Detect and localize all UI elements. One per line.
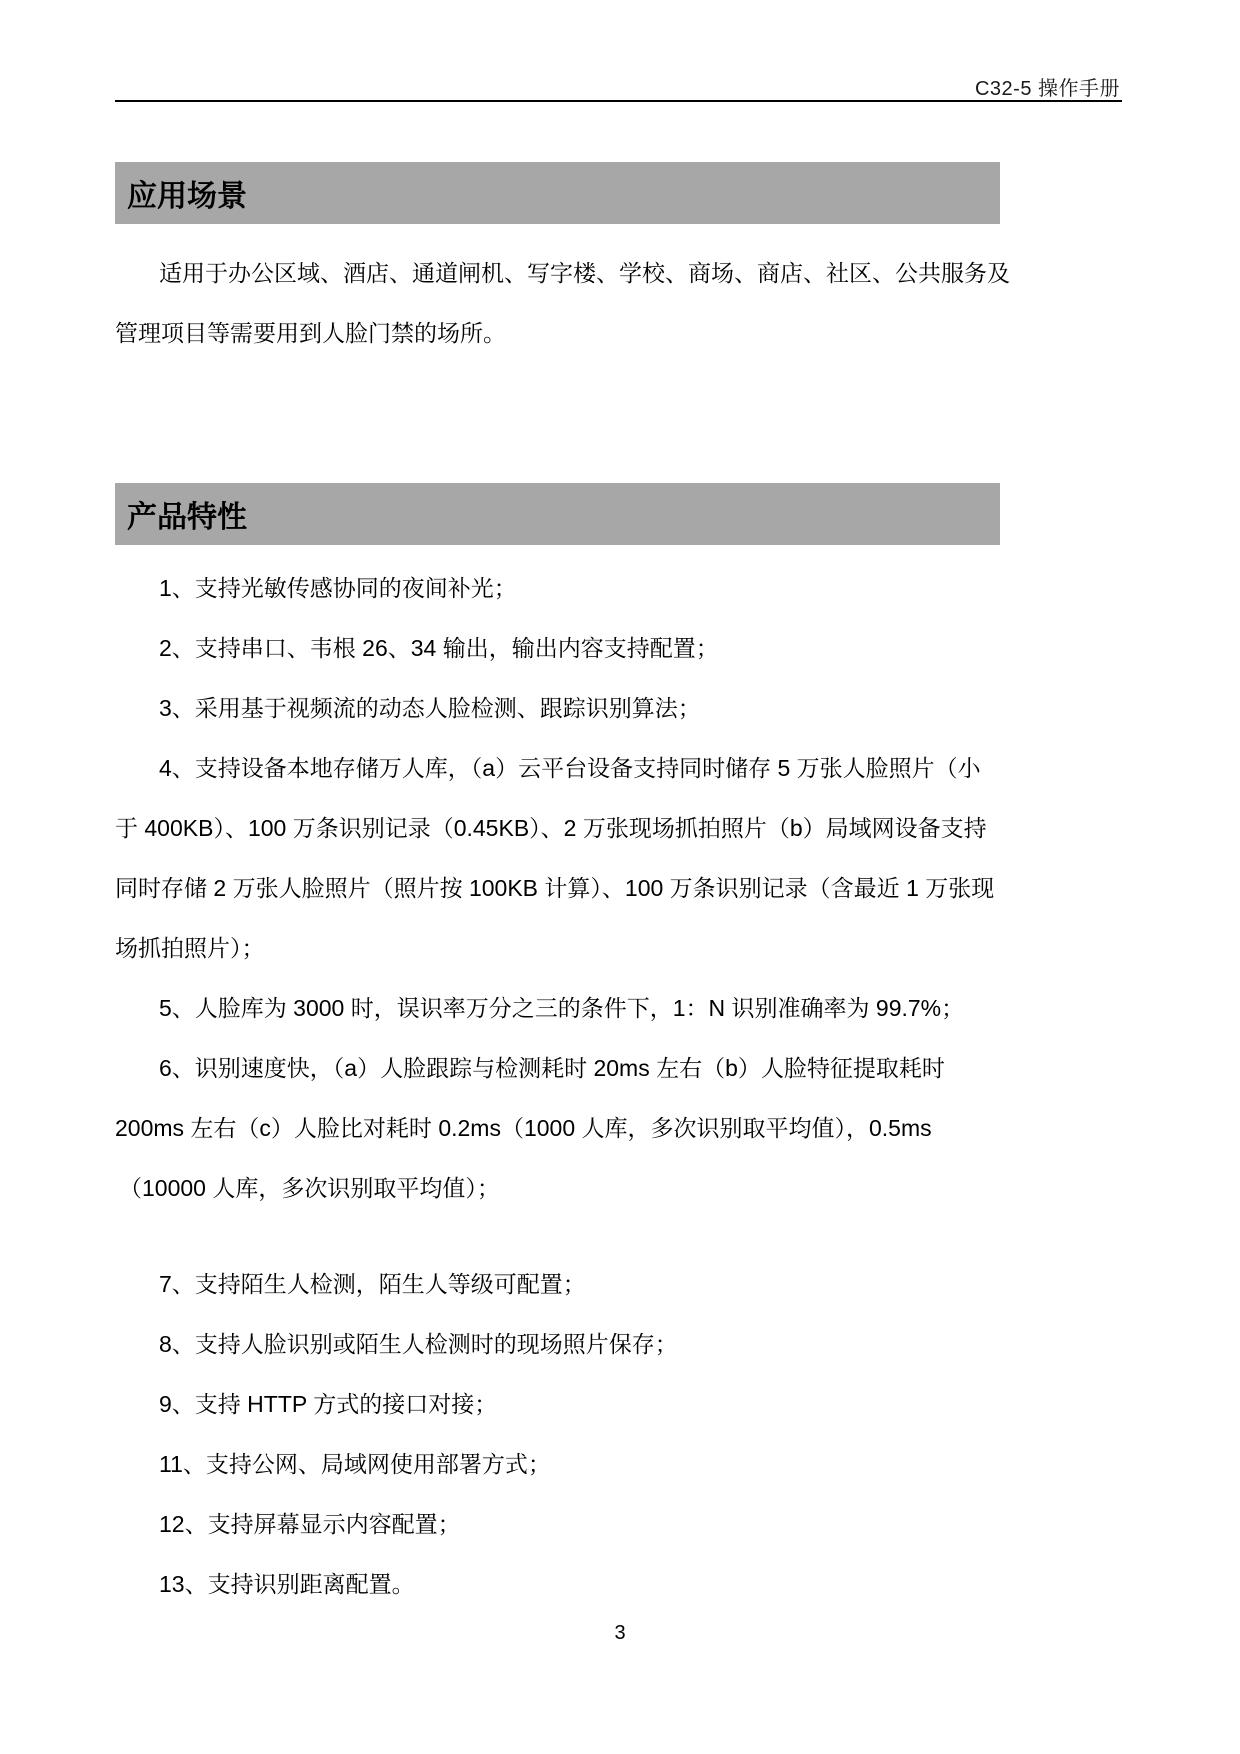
section-heading-features: 产品特性 <box>115 483 1000 545</box>
feature-item-7: 7、支持陌生人检测，陌生人等级可配置； <box>115 1254 1133 1314</box>
feature-item-6: 6、识别速度快，（a）人脸跟踪与检测耗时 20ms 左右（b）人脸特征提取耗时 <box>115 1038 1133 1098</box>
feature-item-3: 3、采用基于视频流的动态人脸检测、跟踪识别算法； <box>115 678 1133 738</box>
feature-item-4: 4、支持设备本地存储万人库，（a）云平台设备支持同时储存 5 万张人脸照片（小 <box>115 738 1133 798</box>
section-heading-application: 应用场景 <box>115 162 1000 224</box>
page-number: 3 <box>0 1622 1240 1645</box>
feature-item-11: 11、支持公网、局域网使用部署方式； <box>115 1434 1133 1494</box>
feature-item-6-cont: 200ms 左右（c）人脸比对耗时 0.2ms（1000 人库，多次识别取平均值… <box>115 1098 1133 1158</box>
feature-item-4-cont: 同时存储 2 万张人脸照片（照片按 100KB 计算）、100 万条识别记录（含… <box>115 858 1133 918</box>
document-page: C32-5 操作手册 应用场景 适用于办公区域、酒店、通道闸机、写字楼、学校、商… <box>0 0 1240 1754</box>
feature-item-1: 1、支持光敏传感协同的夜间补光； <box>115 558 1133 618</box>
feature-item-8: 8、支持人脸识别或陌生人检测时的现场照片保存； <box>115 1314 1133 1374</box>
section-heading-application-label: 应用场景 <box>127 171 247 215</box>
feature-item-4-cont: 于 400KB）、100 万条识别记录（0.45KB）、2 万张现场抓拍照片（b… <box>115 798 1133 858</box>
header-divider-rule <box>115 100 1122 102</box>
page-header-title: C32-5 操作手册 <box>975 72 1120 101</box>
section-heading-features-label: 产品特性 <box>127 492 247 536</box>
feature-item-13: 13、支持识别距离配置。 <box>115 1554 1133 1614</box>
features-list: 1、支持光敏传感协同的夜间补光； 2、支持串口、韦根 26、34 输出，输出内容… <box>115 558 1133 1614</box>
feature-item-4-cont: 场抓拍照片）； <box>115 918 1133 978</box>
feature-item-5: 5、人脸库为 3000 时，误识率万分之三的条件下，1：N 识别准确率为 99.… <box>115 978 1133 1038</box>
feature-item-12: 12、支持屏幕显示内容配置； <box>115 1494 1133 1554</box>
feature-item-9: 9、支持 HTTP 方式的接口对接； <box>115 1374 1133 1434</box>
application-paragraph-line: 管理项目等需要用到人脸门禁的场所。 <box>115 303 1127 363</box>
application-paragraph: 适用于办公区域、酒店、通道闸机、写字楼、学校、商场、商店、社区、公共服务及 管理… <box>115 243 1127 363</box>
feature-item-6-cont: （10000 人库，多次识别取平均值）； <box>115 1158 1133 1218</box>
feature-item-2: 2、支持串口、韦根 26、34 输出，输出内容支持配置； <box>115 618 1133 678</box>
application-paragraph-line: 适用于办公区域、酒店、通道闸机、写字楼、学校、商场、商店、社区、公共服务及 <box>115 243 1127 303</box>
